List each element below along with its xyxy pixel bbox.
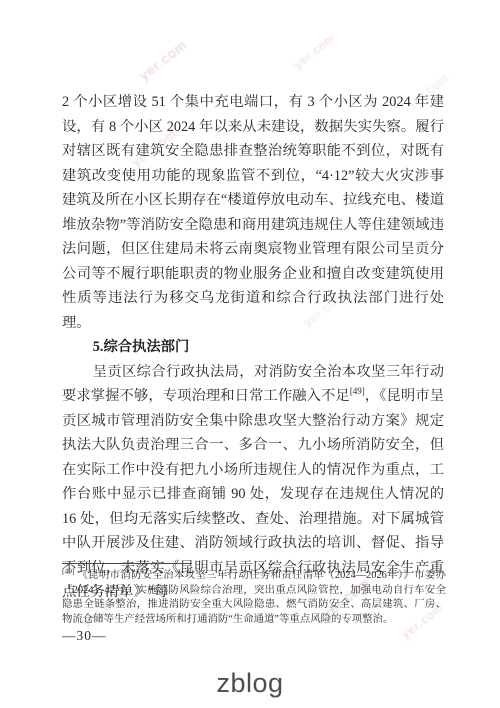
footnote-reference-marker: [49] [350,386,365,396]
footnote-separator [62,563,192,564]
footnote-ref-number: [49] [62,567,75,576]
document-page: yer.com yer.com yer.com yer.com yer.com … [0,0,500,708]
paragraph-continuation: 2 个小区增设 51 个集中充电端口，有 3 个小区为 2024 年建设，有 8… [62,90,444,335]
watermark-text: yer.com [136,36,190,83]
footnote: [49] 《昆明市消防安全治本攻坚三年行动任务和责任清单（2024—2026年）… [62,569,446,627]
watermark-text: yer.com [291,30,338,71]
section-heading: 5.综合执法部门 [62,335,444,360]
footnote-block: [49] 《昆明市消防安全治本攻坚三年行动任务和责任清单（2024—2026年）… [62,563,446,627]
body-text: 2 个小区增设 51 个集中充电端口，有 3 个小区为 2024 年建设，有 8… [62,90,444,605]
site-logo: zblog [0,668,500,699]
footnote-text: 《昆明市消防安全治本攻坚三年行动任务和责任清单（2024—2026年）》市委办〔… [62,570,446,625]
page-number: —30— [62,628,107,644]
